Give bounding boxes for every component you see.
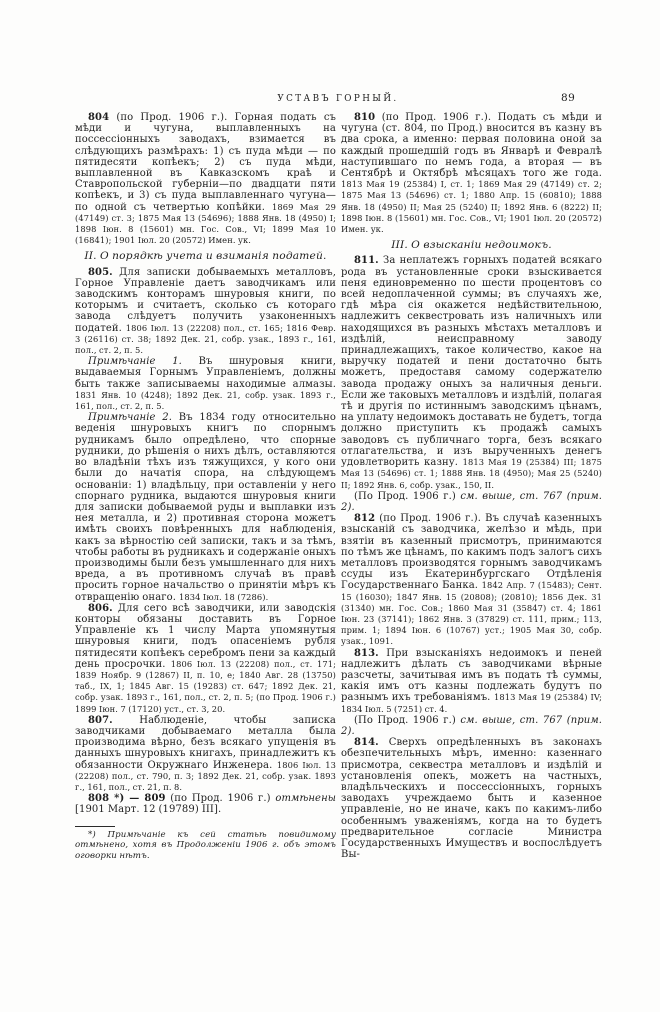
article-811-number: 811. (354, 255, 379, 266)
article-810: 810 (по Прод. 1906 г.). Подать съ мѣди и… (341, 112, 602, 235)
article-810-text: (по Прод. 1906 г.). Подать съ мѣди и чуг… (341, 112, 602, 179)
scanned-page: УСТАВЪ ГОРНЫЙ. 89 804 (по Прод. 1906 г.)… (0, 0, 660, 1012)
article-808-809-text: (по Прод. 1906 г.) (170, 793, 270, 804)
article-806: 806. Для сего всѣ заводчики, или заводск… (75, 603, 336, 715)
left-column: 804 (по Прод. 1906 г.). Горная подать съ… (75, 112, 336, 861)
running-head-title: УСТАВЪ ГОРНЫЙ. (75, 94, 601, 104)
article-812-number: 812 (354, 513, 375, 524)
article-808-809-citation: [1901 Март. 12 (19789) III]. (75, 804, 221, 815)
prod-note-811: (По Прод. 1906 г.) см. выше, ст. 767 (пр… (341, 491, 602, 513)
article-807-number: 807. (88, 715, 113, 726)
footnote-text: *) Примѣчаніе къ сей статьѣ повидимому о… (75, 830, 336, 862)
article-812: 812 (по Прод. 1906 г.). Въ случаѣ казенн… (341, 513, 602, 647)
page-number: 89 (561, 92, 575, 104)
article-814: 814. Сверхъ опредѣленныхъ въ законахъ об… (341, 737, 602, 860)
note-1: Примѣчаніе 1. Въ шнуровыя книги, выдавае… (75, 356, 336, 412)
article-813: 813. При взысканіяхъ недоимокъ и пеней н… (341, 648, 602, 715)
prod-note-813-lead: (По Прод. 1906 г.) (354, 715, 456, 726)
section-heading-ii: II. О порядкѣ учета и взиманія податей. (75, 251, 336, 262)
article-811: 811. За неплатежъ горныхъ податей всякаг… (341, 255, 602, 490)
note-2-text: Въ 1834 году относительно веденія шнуров… (75, 412, 336, 602)
note-2-lead: Примѣчаніе 2. (88, 412, 172, 423)
article-805: 805. Для записки добываемыхъ металловъ, … (75, 267, 336, 357)
prod-note-811-lead: (По Прод. 1906 г.) (354, 491, 456, 502)
article-814-text: Сверхъ опредѣленныхъ въ законахъ обезпеч… (341, 737, 602, 860)
article-805-number: 805. (88, 267, 113, 278)
right-column: 810 (по Прод. 1906 г.). Подать съ мѣди и… (341, 112, 602, 860)
note-2-citation: 1834 Іюл. 18 (7286). (179, 592, 268, 602)
article-807: 807. Наблюденіе, чтобы записка заводчика… (75, 715, 336, 793)
section-heading-iii: III. О взысканіи недоимокъ. (341, 240, 602, 251)
article-808-809: 808 *) — 809 (по Прод. 1906 г.) отмѣнены… (75, 793, 336, 815)
note-1-citation: 1831 Янв. 10 (4248); 1892 Дек. 21, собр.… (75, 390, 336, 411)
article-804: 804 (по Прод. 1906 г.). Горная подать съ… (75, 112, 336, 246)
footnote-block: *) Примѣчаніе къ сей статьѣ повидимому о… (75, 826, 336, 862)
article-808-809-number: 808 *) — 809 (88, 793, 166, 804)
note-1-lead: Примѣчаніе 1. (88, 356, 182, 367)
article-813-number: 813. (354, 648, 379, 659)
article-810-number: 810 (354, 112, 375, 123)
article-804-number: 804 (88, 112, 109, 123)
article-814-number: 814. (354, 737, 379, 748)
article-806-number: 806. (88, 603, 113, 614)
footnote-rule (75, 826, 115, 827)
article-808-809-status: отмѣнены (275, 793, 336, 804)
article-810-citation: 1813 Мая 19 (25384) I, ст. 1; 1869 Мая 2… (341, 179, 602, 234)
note-2: Примѣчаніе 2. Въ 1834 году относительно … (75, 412, 336, 602)
article-811-text: За неплатежъ горныхъ податей всякаго род… (341, 255, 602, 468)
prod-note-813: (По Прод. 1906 г.) см. выше, ст. 767 (пр… (341, 715, 602, 737)
article-804-text: (по Прод. 1906 г.). Горная подать съ мѣд… (75, 112, 336, 213)
